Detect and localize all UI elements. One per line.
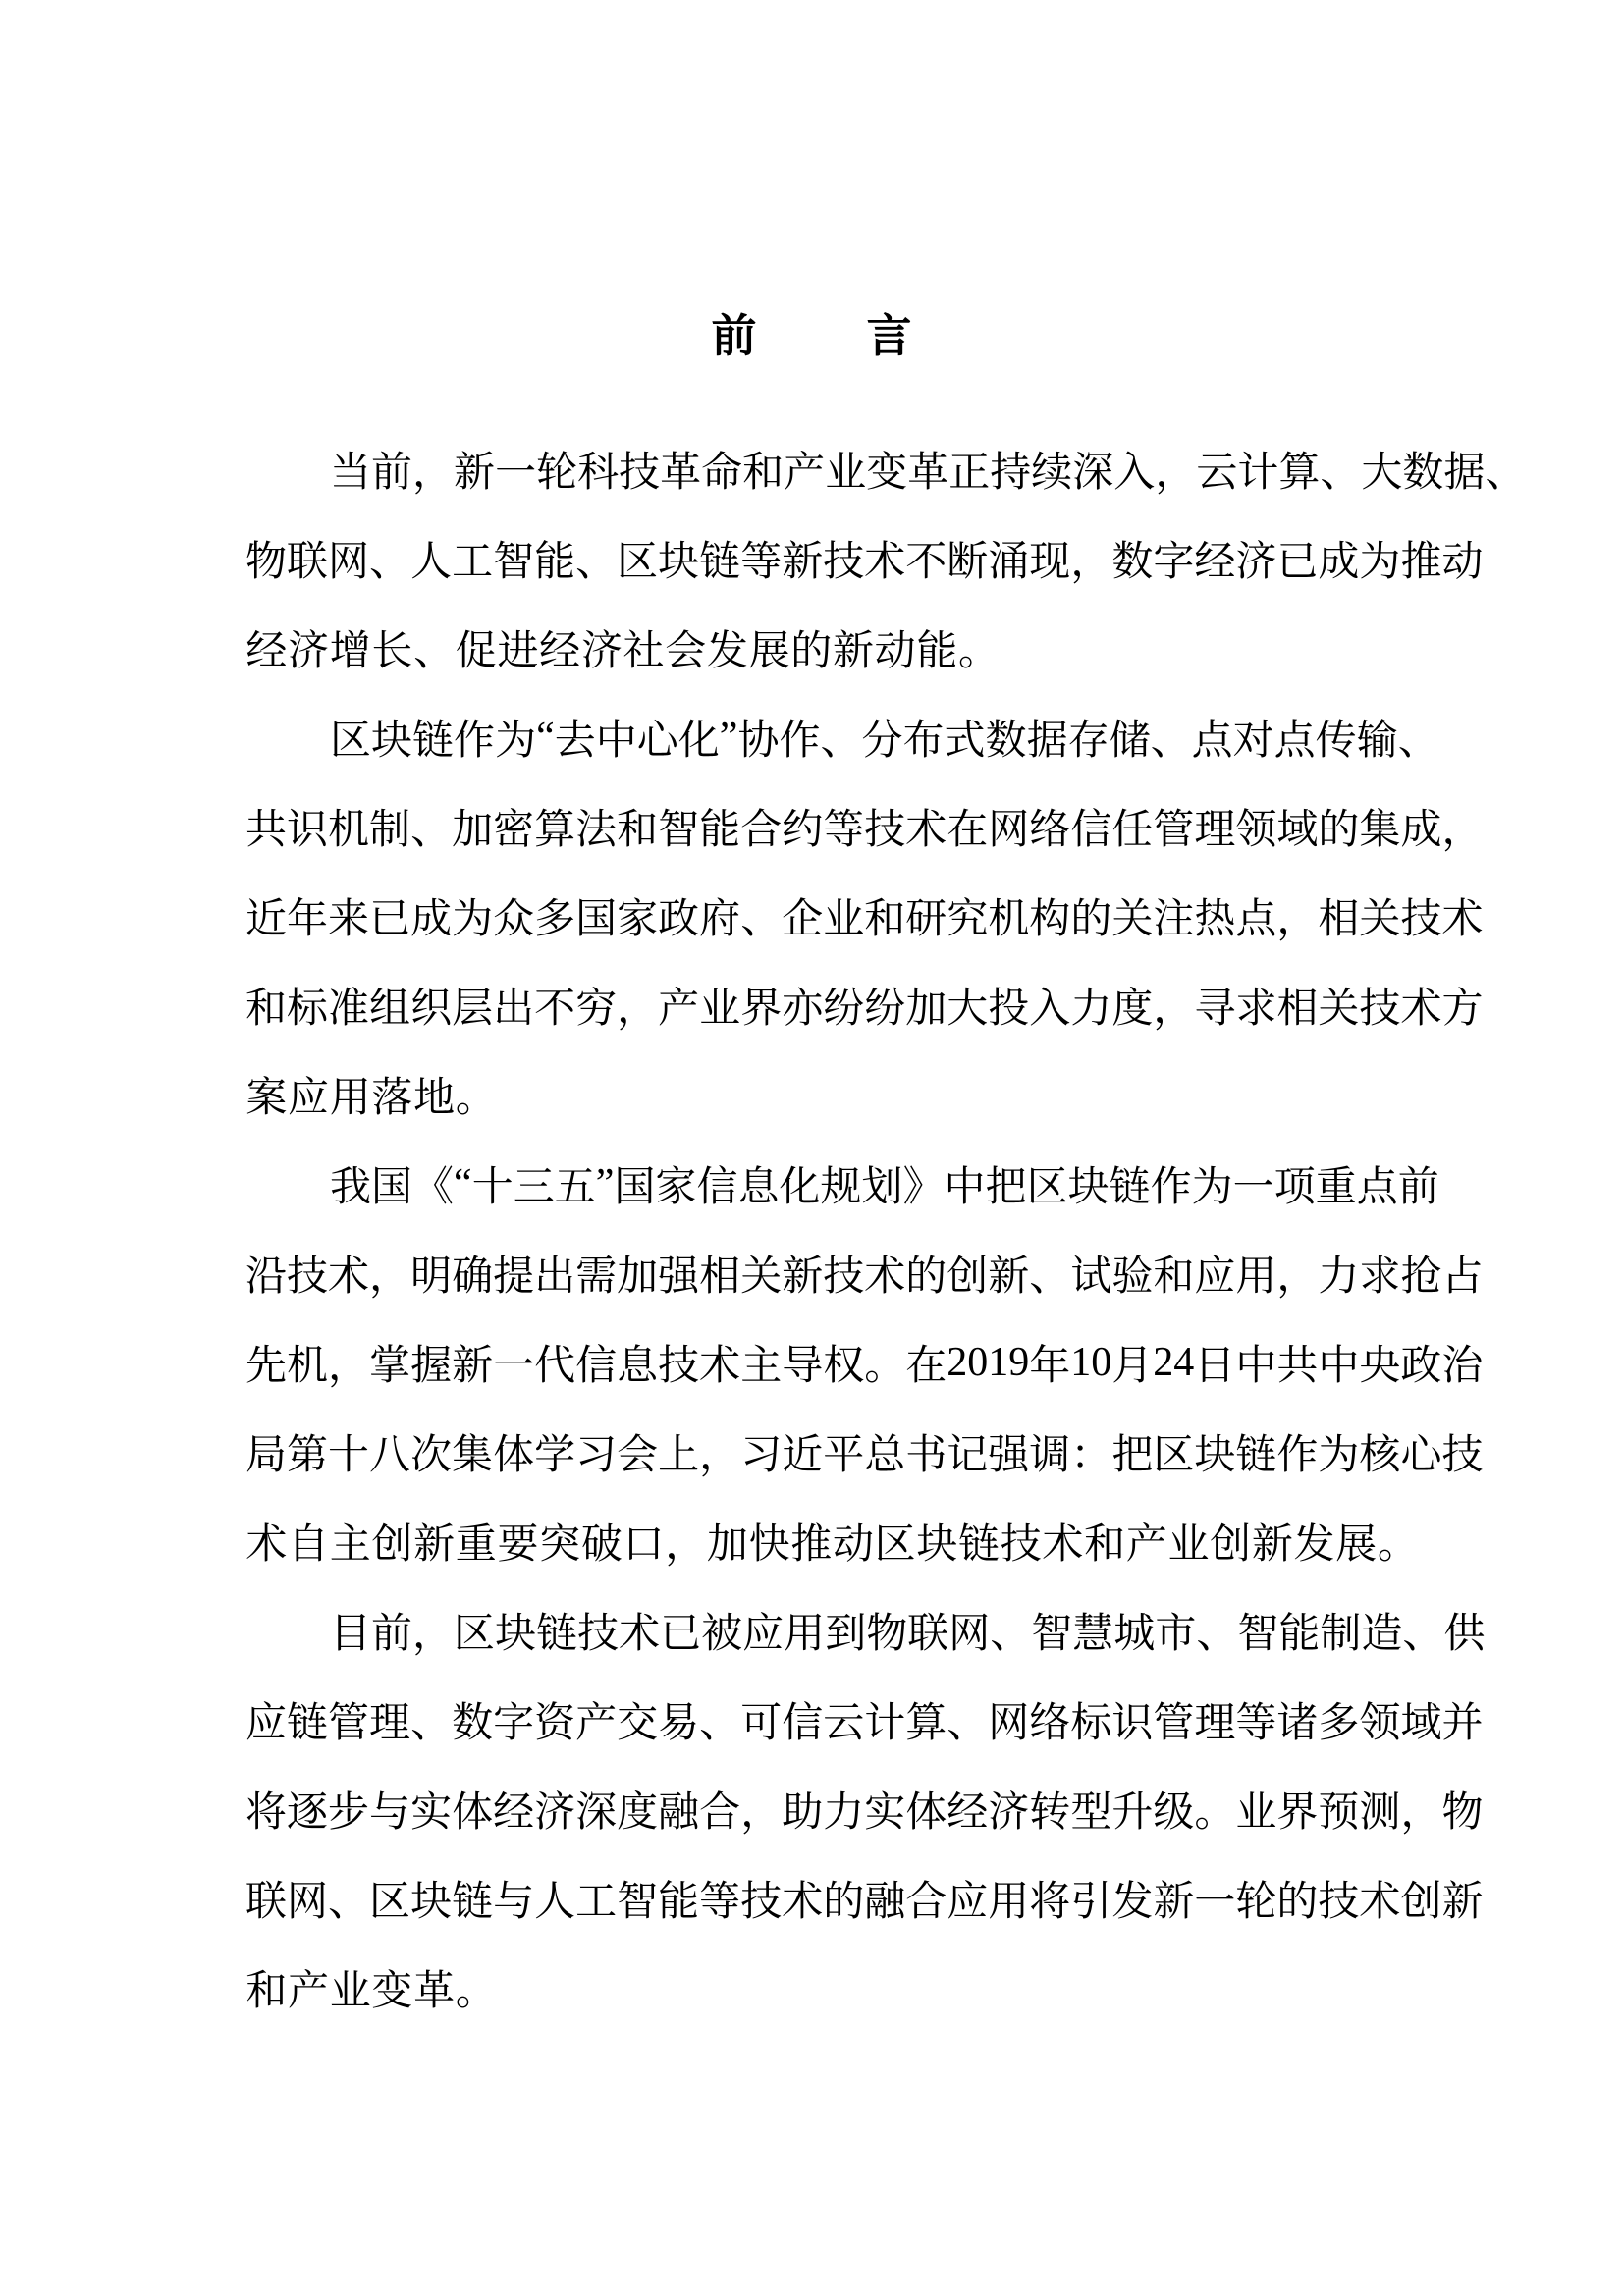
document-page: 前言 当前，新一轮科技革命和产业变革正持续深入，云计算、大数据、物联网、人工智能… xyxy=(0,0,1624,2296)
text-line: 术自主创新重要突破口，加快推动区块链技术和产业创新发展。 xyxy=(245,1496,1378,1585)
page-title-char: 前 xyxy=(712,314,757,359)
paragraph: 目前，区块链技术已被应用到物联网、智慧城市、智能制造、供应链管理、数字资产交易、… xyxy=(245,1585,1378,2032)
text-line: 近年来已成为众多国家政府、企业和研究机构的关注热点，相关技术 xyxy=(245,871,1378,960)
document-body: 当前，新一轮科技革命和产业变革正持续深入，云计算、大数据、物联网、人工智能、区块… xyxy=(245,424,1378,2032)
paragraph: 当前，新一轮科技革命和产业变革正持续深入，云计算、大数据、物联网、人工智能、区块… xyxy=(245,424,1378,692)
text-line: 物联网、人工智能、区块链等新技术不断涌现，数字经济已成为推动 xyxy=(245,513,1378,603)
text-line: 和产业变革。 xyxy=(245,1943,1378,2032)
text-line: 先机，掌握新一代信息技术主导权。在2019年10月24日中共中央政治 xyxy=(245,1317,1378,1407)
text-line: 应链管理、数字资产交易、可信云计算、网络标识管理等诸多领域并 xyxy=(245,1675,1378,1764)
text-line: 目前，区块链技术已被应用到物联网、智慧城市、智能制造、供 xyxy=(245,1585,1378,1675)
text-line: 共识机制、加密算法和智能合约等技术在网络信任管理领域的集成， xyxy=(245,781,1378,871)
page-title: 前言 xyxy=(245,304,1378,369)
text-line: 联网、区块链与人工智能等技术的融合应用将引发新一轮的技术创新 xyxy=(245,1853,1378,1943)
text-line: 区块链作为“去中心化”协作、分布式数据存储、点对点传输、 xyxy=(245,692,1378,781)
text-line: 和标准组织层出不穷，产业界亦纷纷加大投入力度，寻求相关技术方 xyxy=(245,960,1378,1049)
paragraph: 我国《“十三五”国家信息化规划》中把区块链作为一项重点前沿技术，明确提出需加强相… xyxy=(245,1139,1378,1585)
text-line: 局第十八次集体学习会上，习近平总书记强调：把区块链作为核心技 xyxy=(245,1407,1378,1496)
text-line: 将逐步与实体经济深度融合，助力实体经济转型升级。业界预测，物 xyxy=(245,1764,1378,1853)
text-line: 沿技术，明确提出需加强相关新技术的创新、试验和应用，力求抢占 xyxy=(245,1228,1378,1317)
text-line: 我国《“十三五”国家信息化规划》中把区块链作为一项重点前 xyxy=(245,1139,1378,1228)
text-line: 案应用落地。 xyxy=(245,1049,1378,1139)
paragraph: 区块链作为“去中心化”协作、分布式数据存储、点对点传输、共识机制、加密算法和智能… xyxy=(245,692,1378,1139)
text-line: 当前，新一轮科技革命和产业变革正持续深入，云计算、大数据、 xyxy=(245,424,1378,513)
page-title-char: 言 xyxy=(867,314,912,359)
text-line: 经济增长、促进经济社会发展的新动能。 xyxy=(245,603,1378,692)
